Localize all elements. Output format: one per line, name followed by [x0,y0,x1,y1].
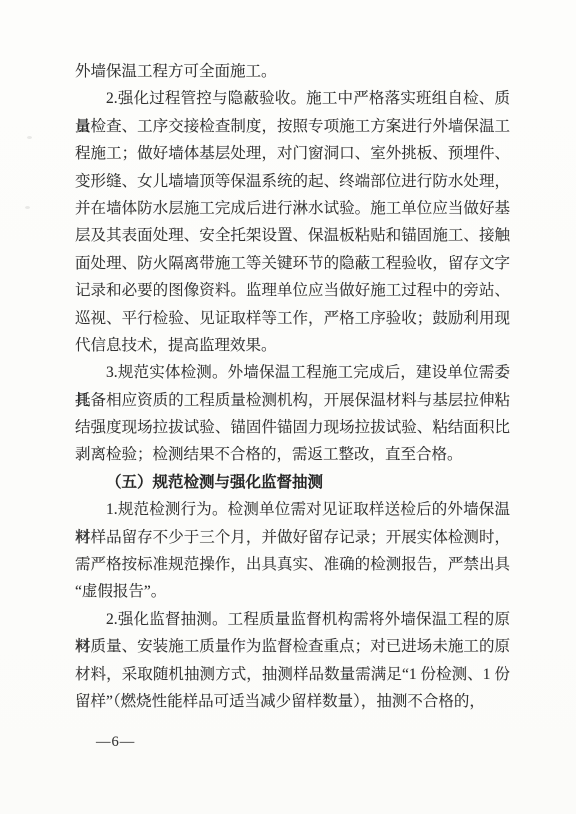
text-line: 料样品留存不少于三个月，并做好留存记录；开展实体检测时， [75,524,510,551]
text-line: 变形缝、女儿墙墙顶等保温系统的起、终端部位进行防水处理， [75,168,510,195]
text-line: 程施工；做好墙体基层处理，对门窗洞口、室外挑板、预埋件、 [75,140,510,167]
text-line: 材料，采取随机抽测方式，抽测样品数量需满足“1 份检测、1 份 [75,661,510,688]
text-line: 2.强化监督抽测。工程质量监督机构需将外墙保温工程的原材 [75,606,510,633]
page-number: —6— [96,731,135,753]
text-line: 3.规范实体检测。外墙保温工程施工完成后，建设单位需委托 [75,359,510,386]
text-line: 剥离检验；检测结果不合格的，需返工整改，直至合格。 [75,441,510,468]
section-heading-line: （五）规范检测与强化监督抽测 [75,469,510,496]
document-text-block: 外墙保温工程方可全面施工。2.强化过程管控与隐蔽验收。施工中严格落实班组自检、质… [75,58,510,715]
text-line: 2.强化过程管控与隐蔽验收。施工中严格落实班组自检、质量 [75,85,510,112]
scan-speck [25,206,30,209]
text-line: 1.规范检测行为。检测单位需对见证取样送检后的外墙保温材 [75,496,510,523]
text-line: 外墙保温工程方可全面施工。 [75,58,510,85]
text-line: 料质量、安装施工质量作为监督检查重点；对已进场未施工的原 [75,633,510,660]
document-page: 外墙保温工程方可全面施工。2.强化过程管控与隐蔽验收。施工中严格落实班组自检、质… [0,0,576,814]
text-line: 员检查、工序交接检查制度，按照专项施工方案进行外墙保温工 [75,113,510,140]
text-line: 并在墙体防水层施工完成后进行淋水试验。施工单位应当做好基 [75,195,510,222]
text-line: “虚假报告”。 [75,578,510,605]
text-line: 记录和必要的图像资料。监理单位应当做好施工过程中的旁站、 [75,277,510,304]
text-line: 结强度现场拉拔试验、锚固件锚固力现场拉拔试验、粘结面积比 [75,414,510,441]
text-line: 面处理、防火隔离带施工等关键环节的隐蔽工程验收，留存文字 [75,250,510,277]
text-line: 需严格按标准规范操作，出具真实、准确的检测报告，严禁出具 [75,551,510,578]
text-line: 代信息技术，提高监理效果。 [75,332,510,359]
text-line: 层及其表面处理、安全托架设置、保温板粘贴和锚固施工、接触 [75,222,510,249]
text-line: 留样”（燃烧性能样品可适当减少留样数量），抽测不合格的， [75,688,510,715]
scan-speck [27,136,32,139]
text-line: 巡视、平行检验、见证取样等工作，严格工序验收；鼓励利用现 [75,305,510,332]
text-line: 具备相应资质的工程质量检测机构，开展保温材料与基层拉伸粘 [75,387,510,414]
